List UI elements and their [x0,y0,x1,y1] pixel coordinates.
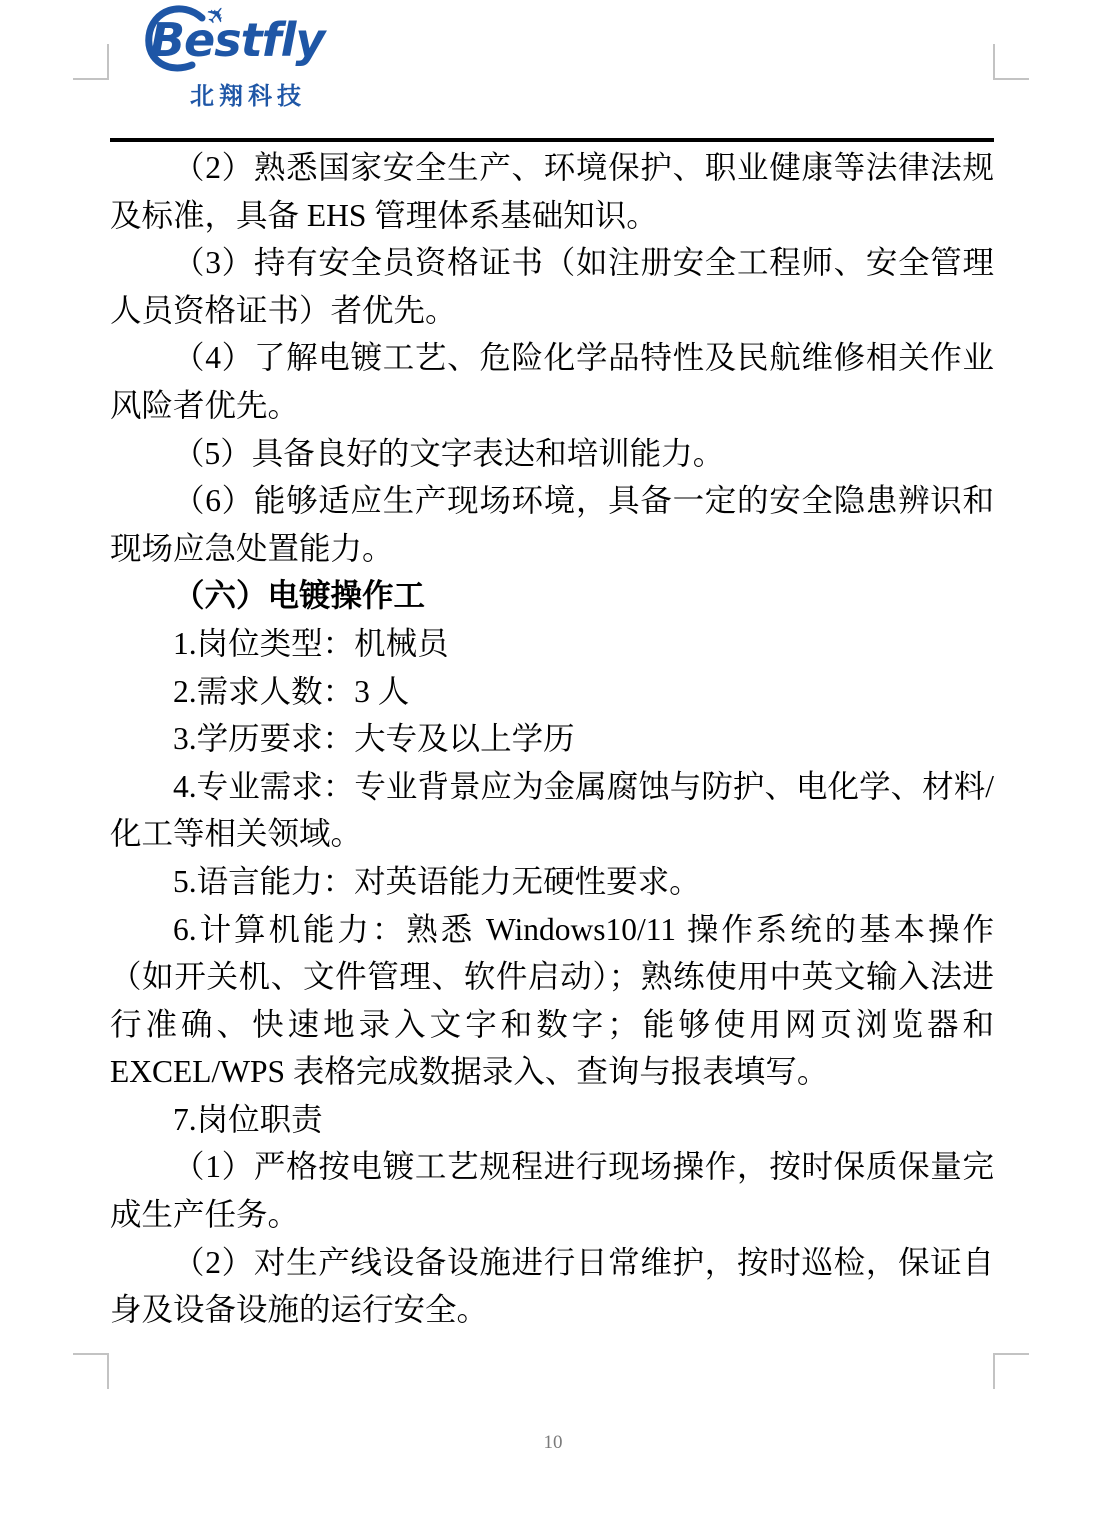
header-divider [110,138,994,142]
logo-brand-text: Bestfly [150,13,324,67]
page-number: 10 [0,1432,1106,1454]
paragraph: （5）具备良好的文字表达和培训能力。 [110,430,994,478]
paragraph: 1.岗位类型：机械员 [110,620,994,668]
logo-brand-row: Bestfly ✈ [150,8,324,74]
corner-mark-bottom-right [993,1353,1029,1389]
paragraph: （3）持有安全员资格证书（如注册安全工程师、安全管理人员资格证书）者优先。 [110,239,994,334]
paragraph: 3.学历要求：大专及以上学历 [110,715,994,763]
paragraph: （2）熟悉国家安全生产、环境保护、职业健康等法律法规及标准，具备 EHS 管理体… [110,144,994,239]
corner-mark-top-right [993,44,1029,80]
paragraph: （2）对生产线设备设施进行日常维护，按时巡检，保证自身及设备设施的运行安全。 [110,1239,994,1334]
paragraph: 4.专业需求：专业背景应为金属腐蚀与防护、电化学、材料/化工等相关领域。 [110,763,994,858]
paragraph: 7.岗位职责 [110,1096,994,1144]
company-logo: Bestfly ✈ 北翔科技 [150,8,324,111]
section-heading: （六）电镀操作工 [110,572,994,620]
paragraph: （4）了解电镀工艺、危险化学品特性及民航维修相关作业风险者优先。 [110,334,994,429]
corner-mark-top-left [73,44,109,80]
paragraph: （1）严格按电镀工艺规程进行现场操作，按时保质保量完成生产任务。 [110,1143,994,1238]
corner-mark-bottom-left [73,1353,109,1389]
document-page: Bestfly ✈ 北翔科技 （2）熟悉国家安全生产、环境保护、职业健康等法律法… [0,0,1106,1526]
paragraph: 2.需求人数：3 人 [110,668,994,716]
paragraph: 6.计算机能力：熟悉 Windows10/11 操作系统的基本操作（如开关机、文… [110,906,994,1096]
document-body: （2）熟悉国家安全生产、环境保护、职业健康等法律法规及标准，具备 EHS 管理体… [110,144,994,1334]
paragraph: （6）能够适应生产现场环境，具备一定的安全隐患辨识和现场应急处置能力。 [110,477,994,572]
paragraph: 5.语言能力：对英语能力无硬性要求。 [110,858,994,906]
